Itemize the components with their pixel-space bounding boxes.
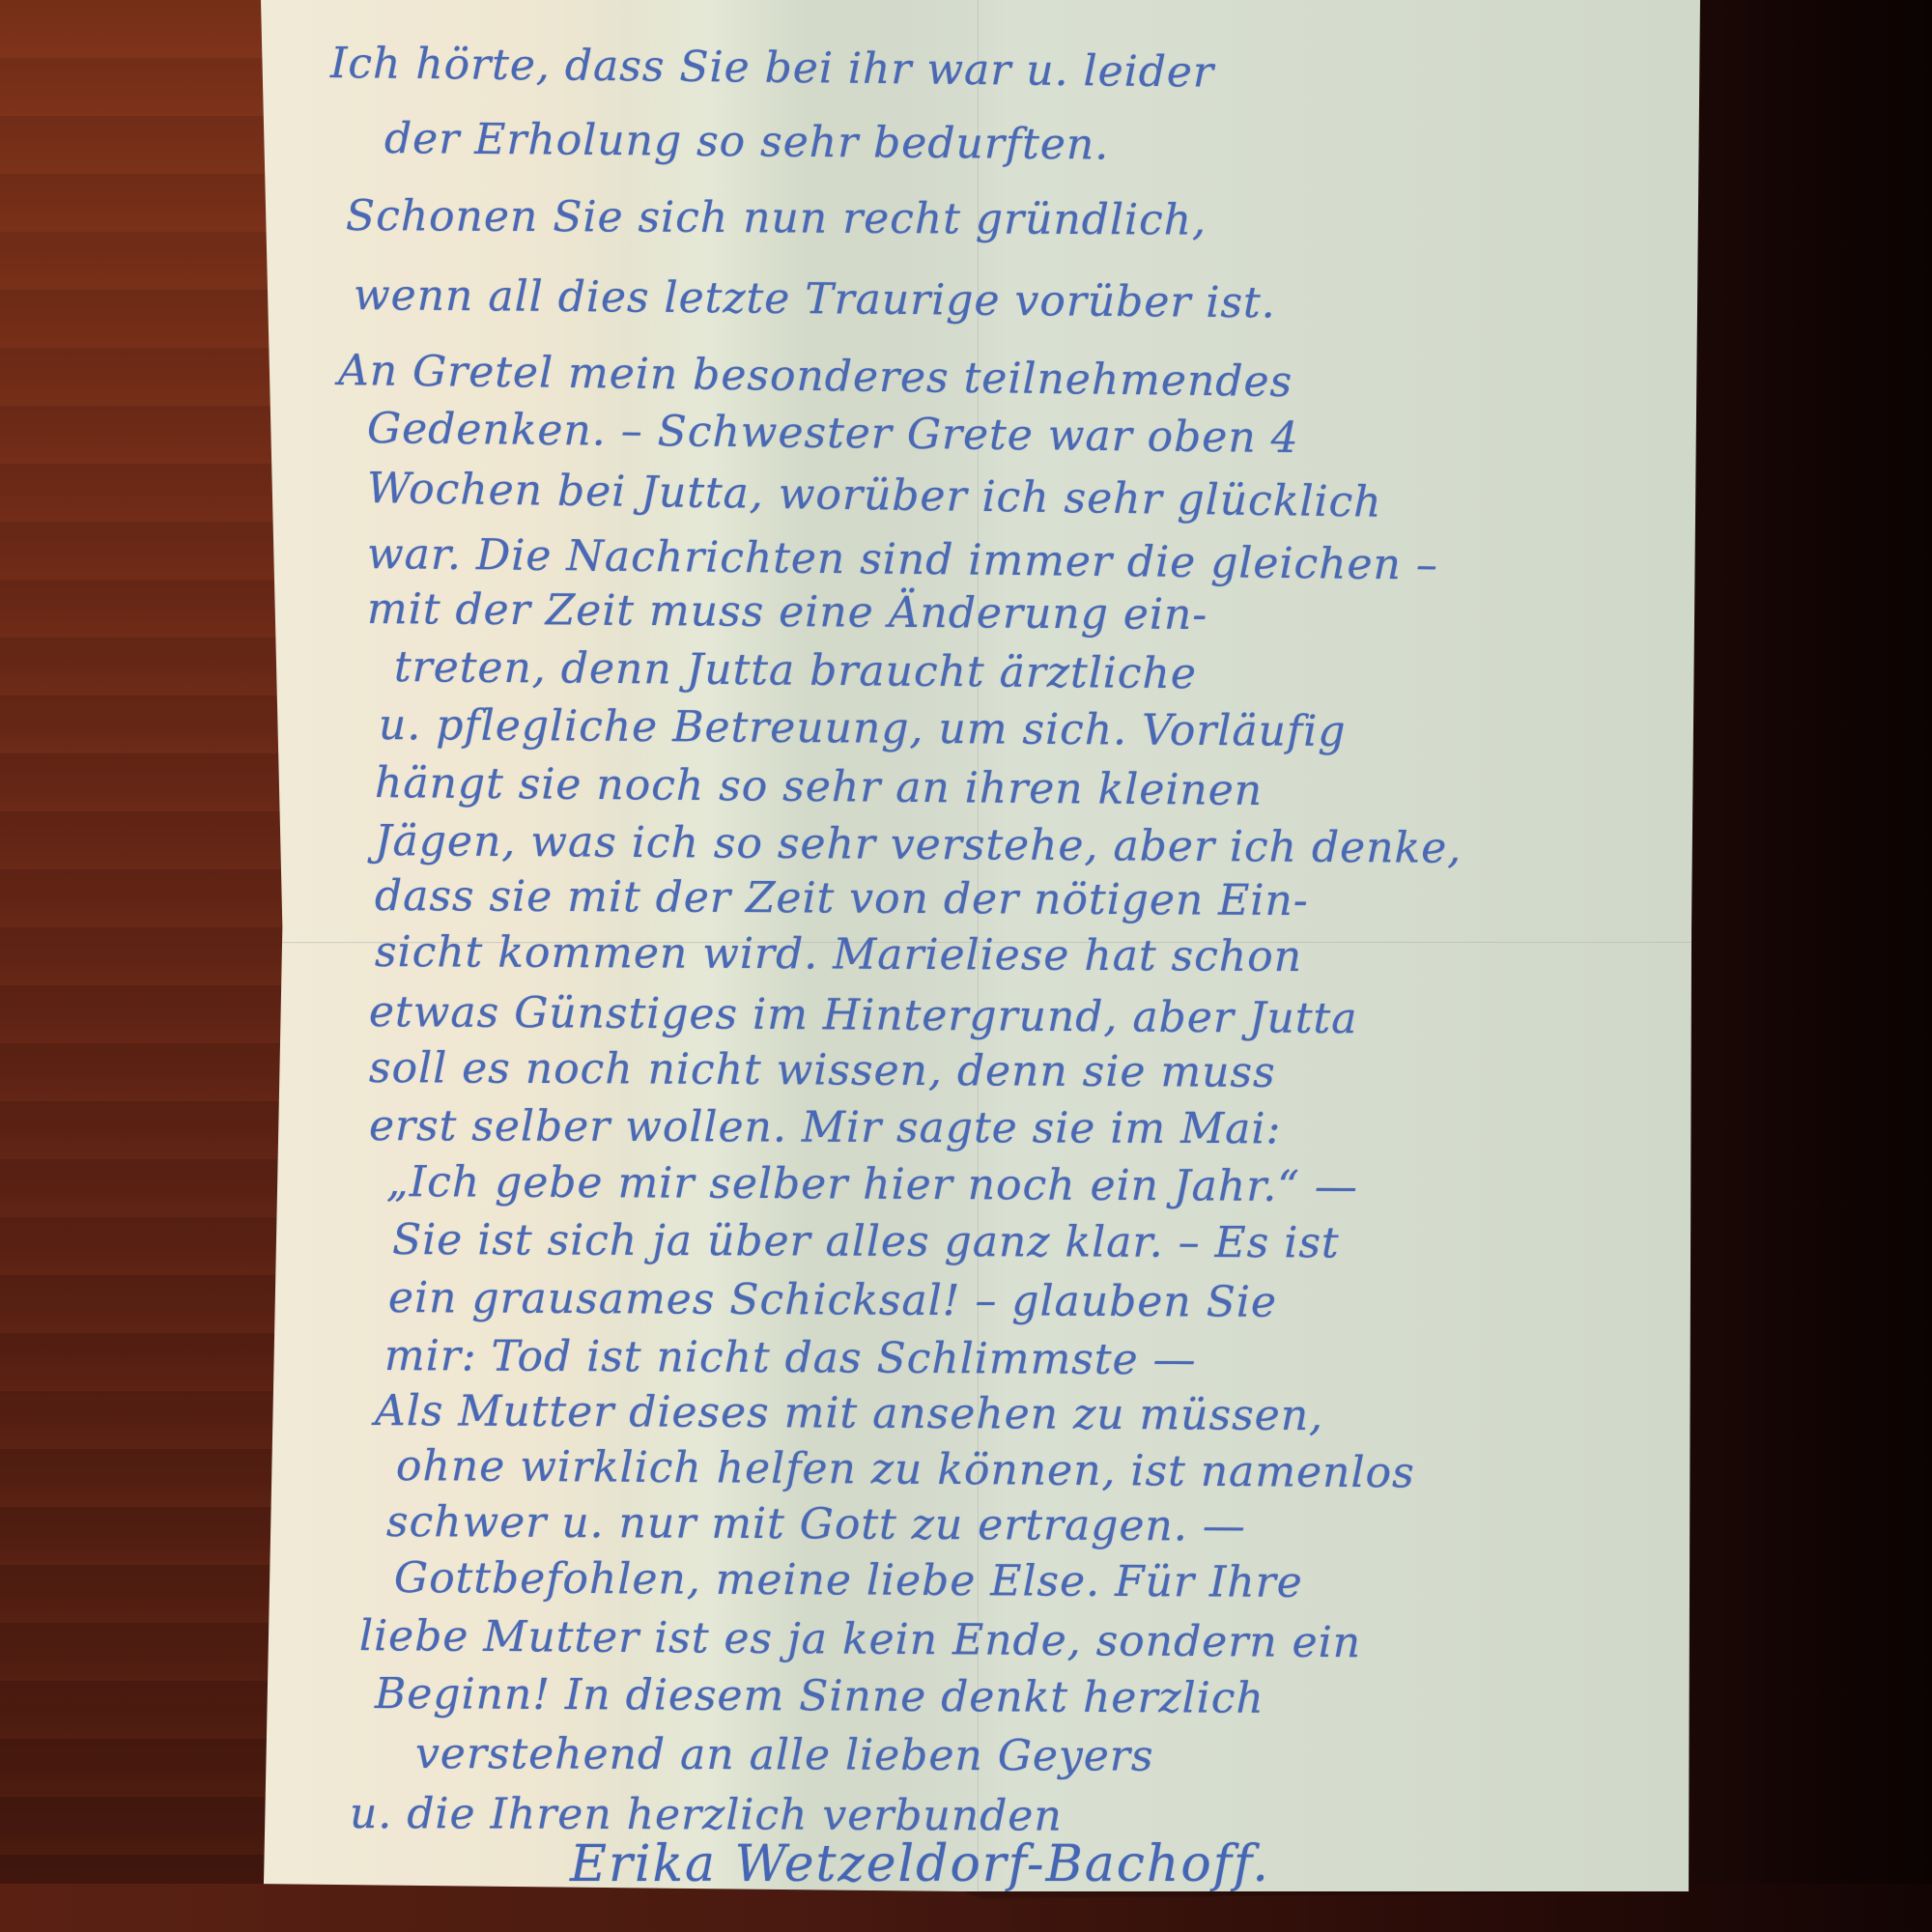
letter-line: u. pflegliche Betreuung, um sich. Vorläu… bbox=[379, 700, 1347, 756]
letter-line: hängt sie noch so sehr an ihren kleinen bbox=[375, 758, 1264, 815]
letter-line: ohne wirklich helfen zu können, ist name… bbox=[396, 1441, 1415, 1497]
letter-line: u. die Ihren herzlich verbunden bbox=[350, 1789, 1063, 1841]
letter-line: An Gretel mein besonderes teilnehmendes bbox=[338, 346, 1293, 407]
letter-line: Jägen, was ich so sehr verstehe, aber ic… bbox=[375, 816, 1463, 873]
letter-line: war. Die Nachrichten sind immer die glei… bbox=[367, 529, 1438, 590]
letter-line: schwer u. nur mit Gott zu ertragen. — bbox=[386, 1497, 1246, 1551]
letter-line: mir: Tod ist nicht das Schlimmste — bbox=[384, 1331, 1197, 1384]
letter-paper: Ich hörte, dass Sie bei ihr war u. leide… bbox=[261, 0, 1700, 1891]
letter-line: ein grausames Schicksal! – glauben Sie bbox=[388, 1273, 1277, 1327]
letter-line: treten, denn Jutta braucht ärztliche bbox=[394, 642, 1197, 698]
letter-line: Als Mutter dieses mit ansehen zu müssen, bbox=[375, 1386, 1323, 1440]
letter-body: Ich hörte, dass Sie bei ihr war u. leide… bbox=[261, 0, 1700, 1891]
letter-line: Beginn! In diesem Sinne denkt herzlich bbox=[375, 1669, 1264, 1723]
wood-surface-left bbox=[0, 0, 290, 1932]
letter-line: liebe Mutter ist es ja kein Ende, sonder… bbox=[359, 1611, 1361, 1667]
letter-line: sicht kommen wird. Marieliese hat schon bbox=[375, 927, 1302, 981]
letter-line: Gottbefohlen, meine liebe Else. Für Ihre bbox=[394, 1553, 1303, 1607]
letter-line: Sie ist sich ja über alles ganz klar. – … bbox=[392, 1215, 1340, 1267]
letter-line: mit der Zeit muss eine Änderung ein- bbox=[367, 584, 1208, 639]
wood-surface-right bbox=[1681, 0, 1932, 1932]
letter-line: dass sie mit der Zeit von der nötigen Ei… bbox=[375, 871, 1309, 925]
letter-line: etwas Günstiges im Hintergrund, aber Jut… bbox=[369, 987, 1358, 1043]
letter-line: der Erholung so sehr bedurften. bbox=[384, 114, 1110, 170]
letter-line: wenn all dies letzte Traurige vorüber is… bbox=[354, 270, 1276, 327]
letter-line: „Ich gebe mir selber hier noch ein Jahr.… bbox=[386, 1157, 1358, 1211]
signature: Erika Wetzeldorf-Bachoff. bbox=[570, 1835, 1270, 1893]
letter-line: Schonen Sie sich nun recht gründlich, bbox=[346, 191, 1207, 245]
letter-line: Ich hörte, dass Sie bei ihr war u. leide… bbox=[330, 39, 1215, 98]
letter-line: soll es noch nicht wissen, denn sie muss bbox=[369, 1043, 1276, 1097]
letter-line: erst selber wollen. Mir sagte sie im Mai… bbox=[369, 1101, 1282, 1153]
letter-line: verstehend an alle lieben Geyers bbox=[415, 1729, 1154, 1781]
letter-line: Wochen bei Jutta, worüber ich sehr glück… bbox=[367, 464, 1382, 527]
letter-line: Gedenken. – Schwester Grete war oben 4 bbox=[367, 404, 1299, 463]
